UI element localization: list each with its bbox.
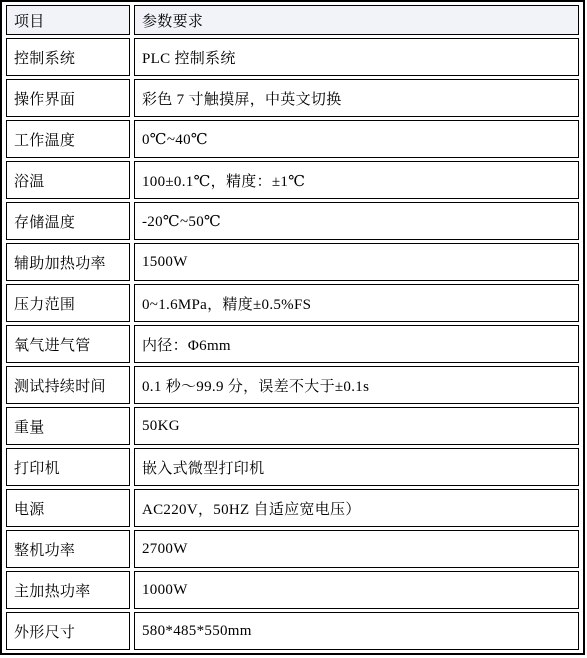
item-cell: 辅助加热功率 <box>6 243 130 281</box>
item-cell: 操作界面 <box>6 79 130 117</box>
table-row: 整机功率 2700W <box>6 530 579 568</box>
table-row: 辅助加热功率 1500W <box>6 243 579 281</box>
table-row: 外形尺寸 580*485*550mm <box>6 612 579 650</box>
value-cell: -20℃~50℃ <box>134 202 579 240</box>
item-cell: 重量 <box>6 407 130 445</box>
value-cell: 0.1 秒～99.9 分，误差不大于±0.1s <box>134 366 579 404</box>
value-cell: 2700W <box>134 530 579 568</box>
item-cell: 氧气进气管 <box>6 325 130 363</box>
value-cell: 嵌入式微型打印机 <box>134 448 579 486</box>
table-row: 氧气进气管 内径：Φ6mm <box>6 325 579 363</box>
table-row: 电源 AC220V，50HZ 自适应宽电压） <box>6 489 579 527</box>
value-cell: 0~1.6MPa，精度±0.5%FS <box>134 284 579 322</box>
value-cell: 1000W <box>134 571 579 609</box>
value-cell: AC220V，50HZ 自适应宽电压） <box>134 489 579 527</box>
value-cell: 100±0.1℃，精度：±1℃ <box>134 161 579 199</box>
table-row: 压力范围 0~1.6MPa，精度±0.5%FS <box>6 284 579 322</box>
value-cell: 彩色 7 寸触摸屏，中英文切换 <box>134 79 579 117</box>
header-row: 项目 参数要求 <box>6 5 579 35</box>
item-cell: 外形尺寸 <box>6 612 130 650</box>
item-cell: 控制系统 <box>6 38 130 76</box>
table-row: 浴温 100±0.1℃，精度：±1℃ <box>6 161 579 199</box>
value-cell: 50KG <box>134 407 579 445</box>
value-cell: 580*485*550mm <box>134 612 579 650</box>
value-cell: PLC 控制系统 <box>134 38 579 76</box>
table-row: 打印机 嵌入式微型打印机 <box>6 448 579 486</box>
value-cell: 内径：Φ6mm <box>134 325 579 363</box>
spec-table: 项目 参数要求 控制系统 PLC 控制系统 操作界面 彩色 7 寸触摸屏，中英文… <box>0 0 585 655</box>
item-cell: 主加热功率 <box>6 571 130 609</box>
item-cell: 工作温度 <box>6 120 130 158</box>
table-row: 操作界面 彩色 7 寸触摸屏，中英文切换 <box>6 79 579 117</box>
item-cell: 测试持续时间 <box>6 366 130 404</box>
table-row: 工作温度 0℃~40℃ <box>6 120 579 158</box>
header-cell-value: 参数要求 <box>134 5 579 35</box>
item-cell: 电源 <box>6 489 130 527</box>
item-cell: 整机功率 <box>6 530 130 568</box>
item-cell: 打印机 <box>6 448 130 486</box>
item-cell: 浴温 <box>6 161 130 199</box>
table-row: 测试持续时间 0.1 秒～99.9 分，误差不大于±0.1s <box>6 366 579 404</box>
table-row: 存储温度 -20℃~50℃ <box>6 202 579 240</box>
table-row: 控制系统 PLC 控制系统 <box>6 38 579 76</box>
value-cell: 0℃~40℃ <box>134 120 579 158</box>
item-cell: 压力范围 <box>6 284 130 322</box>
table-row: 主加热功率 1000W <box>6 571 579 609</box>
item-cell: 存储温度 <box>6 202 130 240</box>
value-cell: 1500W <box>134 243 579 281</box>
table-row: 重量 50KG <box>6 407 579 445</box>
header-cell-item: 项目 <box>6 5 130 35</box>
spec-table-body: 项目 参数要求 控制系统 PLC 控制系统 操作界面 彩色 7 寸触摸屏，中英文… <box>6 5 579 650</box>
